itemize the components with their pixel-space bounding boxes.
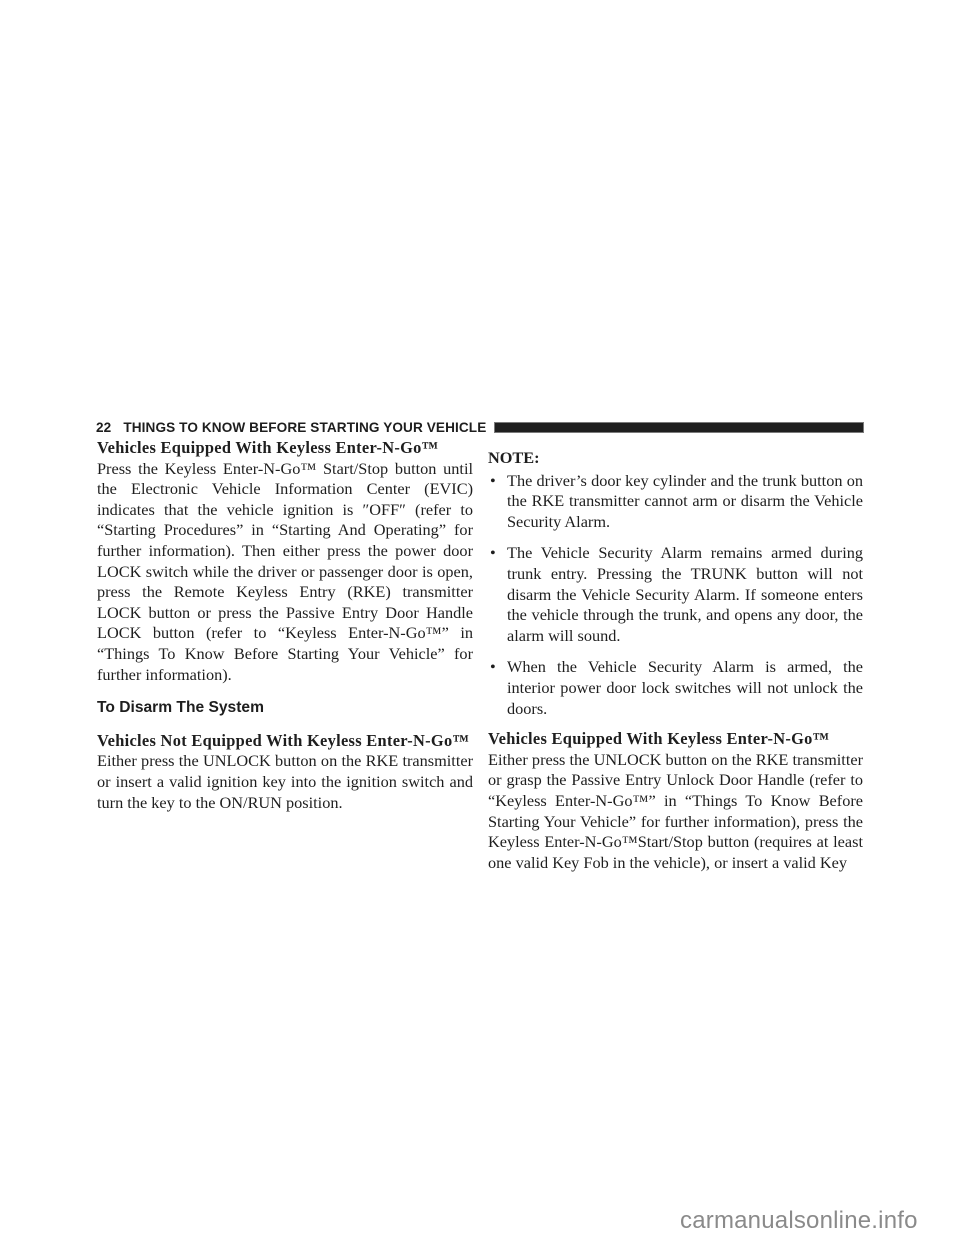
right-column: NOTE: • The driver’s door key cylinder a… bbox=[488, 438, 863, 873]
paragraph-disarm-not-equipped: Either press the UNLOCK button on the RK… bbox=[97, 751, 473, 813]
note-list: • The driver’s door key cylinder and the… bbox=[488, 471, 863, 720]
header-rule-bar bbox=[494, 422, 864, 433]
note-item: • The Vehicle Security Alarm remains arm… bbox=[488, 543, 863, 646]
note-text: The Vehicle Security Alarm remains armed… bbox=[507, 543, 863, 644]
note-label: NOTE: bbox=[488, 448, 863, 469]
note-text: The driver’s door key cylinder and the t… bbox=[507, 471, 863, 531]
left-column: Vehicles Equipped With Keyless Enter-N-G… bbox=[97, 438, 473, 813]
bullet-icon: • bbox=[490, 657, 496, 678]
note-text: When the Vehicle Security Alarm is armed… bbox=[507, 657, 863, 717]
subsection-title-not-equipped-keyless: Vehicles Not Equipped With Keyless Enter… bbox=[97, 731, 473, 752]
page-number: 22 bbox=[96, 420, 111, 435]
bullet-icon: • bbox=[490, 543, 496, 564]
chapter-title: THINGS TO KNOW BEFORE STARTING YOUR VEHI… bbox=[123, 420, 486, 435]
section-heading-disarm: To Disarm The System bbox=[97, 698, 473, 719]
subsection-title-equipped-keyless: Vehicles Equipped With Keyless Enter-N-G… bbox=[97, 438, 473, 459]
subsection-title-disarm-equipped-keyless: Vehicles Equipped With Keyless Enter-N-G… bbox=[488, 729, 863, 750]
paragraph-arm-equipped: Press the Keyless Enter-N-Go™ Start/Stop… bbox=[97, 459, 473, 686]
paragraph-disarm-equipped: Either press the UNLOCK button on the RK… bbox=[488, 750, 863, 874]
running-header: 22 THINGS TO KNOW BEFORE STARTING YOUR V… bbox=[96, 420, 486, 435]
watermark-link[interactable]: carmanualsonline.info bbox=[680, 1207, 918, 1235]
bullet-icon: • bbox=[490, 471, 496, 492]
page-header: 22 THINGS TO KNOW BEFORE STARTING YOUR V… bbox=[96, 419, 864, 435]
note-item: • When the Vehicle Security Alarm is arm… bbox=[488, 657, 863, 719]
note-item: • The driver’s door key cylinder and the… bbox=[488, 471, 863, 533]
